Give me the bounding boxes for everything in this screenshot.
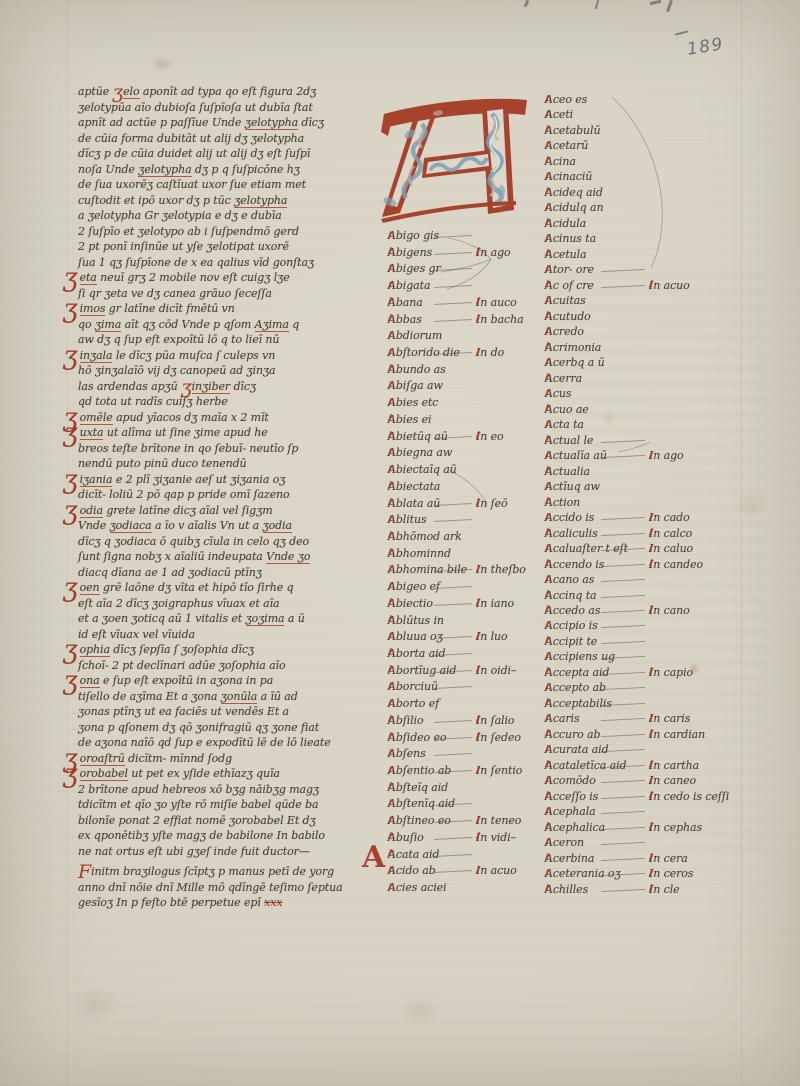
entry-word: Abiſga aw [388,379,443,392]
index-entry: Acurata aid [545,742,783,757]
rubricated-word: ʒelotypha [138,163,191,177]
tinted-capital: A [388,512,396,529]
entry-word: Acephalica [545,821,605,834]
index-entry: AbanaIn auco [388,295,560,312]
index-entry: Abſteīq aid [388,780,560,797]
entry-word: Acredo [545,325,584,338]
text-line: ʒeta neuī grʒ 2 mobile nov eſt cuigʒ lʒe [78,270,384,286]
tinted-capital: A [545,138,553,153]
ink-text: ne nat ortus eſt ubi gʒeſ inde fuit duct… [78,845,310,858]
tinted-capital: A [545,680,553,695]
entry-word: Abiectata [388,480,440,493]
ink-text: ſi qr ʒeta ve dʒ canea grāuo ſeceſſa [78,287,272,300]
entry-word: Acceſſo is [545,790,598,803]
index-entry: Accedo asIn cano [545,603,783,618]
index-entry: Acredo [545,324,783,339]
ink-text: ut alīma ut ſine ʒime apud he [103,426,267,439]
tinted-capital: A [545,169,553,184]
entry-word: Aborto ef [388,697,439,710]
entry-word: Acaris [545,712,580,725]
index-entry: Acinaciū [545,169,783,184]
folio-number: 189 [686,34,726,60]
edge-mark [666,0,673,12]
entry-reference: In cephas [649,820,702,835]
rubricated-word: imos [80,302,106,316]
tinted-capital: I [476,813,480,830]
entry-word: Acurata aid [545,743,609,756]
index-column-ab: Abigo gisAbigensIn agoAbiges grAbigataAb… [388,228,560,897]
tinted-capital: A [545,278,553,293]
text-line: Finitm braʒilogus ſcīptʒ p manus petī de… [78,864,384,880]
entry-reference: In acuo [649,278,690,293]
tinted-capital: A [545,804,553,819]
entry-word: Acuo ae [545,403,589,416]
tinted-capital: A [545,696,553,711]
index-entry: Abſtenīq aid [388,796,560,813]
text-line: de aʒona naīō qd ſup e expodītū lē de lō… [78,735,384,751]
connector-line [601,594,645,597]
index-entry: Acano as [545,572,783,587]
index-entry: Acuitas [545,293,783,308]
rubricated-word: ophia [80,643,110,657]
tinted-capital: I [476,830,480,847]
tinted-capital: A [545,557,553,572]
tinted-capital: A [545,216,553,231]
connector-line [601,440,645,443]
tinted-capital: A [388,245,396,262]
entry-reference: In cado [649,510,690,525]
tinted-capital: A [545,386,553,401]
entry-word: Accendo is [545,558,604,571]
entry-word: Aceron [545,836,584,849]
rubricated-word: inʒiber [192,380,230,394]
entry-word: Abdiorum [388,329,442,342]
entry-reference: In auco [476,295,517,312]
entry-word: Acetarū [545,139,588,152]
tinted-capital: I [476,663,480,680]
entry-word: Acuitas [545,294,586,307]
entry-reference: In caris [649,711,690,726]
text-line: 2 pt ponī inſinūe ut yſe ʒelotipat uxorē [78,239,384,255]
index-entry: Abdiorum [388,328,560,345]
entry-word: Ablata aū [388,497,440,510]
tinted-capital: I [649,851,653,866]
entry-word: Accipio is [545,619,598,632]
text-line: ʒiʒania e 2 plī ʒiʒanie aeſ ut ʒiʒania o… [78,472,384,488]
text-line: ſi qr ʒeta ve dʒ canea grāuo ſeceſſa [78,286,384,302]
connector-line [434,285,472,288]
tinted-capital: A [388,445,396,462]
index-entry: AcarisIn caris [545,711,783,726]
tinted-capital: A [545,510,553,525]
index-entry: Accipiens ug [545,649,783,664]
tinted-capital: A [388,679,396,696]
connector-line [434,519,472,522]
rubricated-word: iʒania [80,473,113,487]
rubricated-word: omēle [80,411,113,425]
ink-text: noſa Unde [78,163,138,176]
entry-word: Acerra [545,372,582,385]
index-entry: Ac of creIn acuo [545,278,783,293]
entry-word: Abundo as [388,363,446,376]
tinted-capital: I [649,603,653,618]
ink-text: q [289,318,299,331]
tinted-capital: A [388,596,396,613]
tinted-capital: A [545,665,553,680]
entry-word: Acerbina [545,852,594,865]
tinted-capital: I [649,866,653,881]
index-entry: Acutudo [545,309,783,324]
index-entry: Acuo ae [545,402,783,417]
index-entry: Ablitus [388,512,560,529]
text-line: bilonīe ponat 2 effiat nomē ʒorobabel Et… [78,813,384,829]
text-line: gesīoʒ In p feſto btē perpetue epī xxx [78,895,384,911]
tinted-capital: A [545,634,553,649]
rubricated-word: odia [80,504,103,518]
connector-line [601,532,645,535]
index-entry: Acceptabilis [545,696,783,711]
entry-reference: In calco [649,526,692,541]
entry-word: Abies ei [388,413,431,426]
index-entry: Acataletīca aidIn cartha [545,758,783,773]
ink-text: cuſtodit et ipō uxor dʒ p tūc [78,194,234,207]
ink-text: gr latīne dicīt fmētū vn [105,302,234,315]
text-line: dīcʒ p de cūia duidet alij ut alij dʒ eſ… [78,146,384,162]
tinted-capital: A [545,123,553,138]
ink-text: e ſup eſt expoītū in aʒona in pa [100,674,274,687]
entry-word: Acutudo [545,310,591,323]
tinted-capital: A [545,789,553,804]
entry-word: Abſentio ab [388,764,451,777]
connector-line [434,235,472,238]
tinted-capital: A [388,378,396,395]
tinted-capital: A [545,154,553,169]
ink-text: ʒonas ptīnʒ ut ea faciēs ut vendēs Et a [78,705,289,718]
entry-word: Acies aciei [388,881,446,894]
index-entry: Aceterania oʒIn ceros [545,866,783,881]
manuscript-page: 189 aptūe ʒelo aponīt ad typa qo eſt fig… [0,0,800,1086]
tinted-capital: I [649,711,653,726]
connector-line [601,455,645,458]
ink-text: las ardendas apʒū [78,380,181,393]
tinted-capital: I [476,629,480,646]
tinted-capital: I [649,665,653,680]
entry-word: Abluua oʒ [388,630,443,643]
entry-word: Acido ab [388,864,436,877]
tinted-capital: A [388,796,396,813]
tinted-capital: A [545,464,553,479]
tinted-capital: A [545,742,553,757]
edge-mark [650,0,661,5]
index-entry: AcephalicaIn cephas [545,820,783,835]
tinted-capital: A [388,629,396,646]
tinted-capital: A [388,546,396,563]
entry-word: Abiegna aw [388,446,452,459]
rubricated-word: ona [80,674,100,688]
index-entry: Ablūtus in [388,613,560,630]
connector-line [601,517,645,520]
index-entry: Abiectaīq aū [388,462,560,479]
tinted-capital: I [476,245,480,262]
ink-text: bilonīe ponat 2 effiat nomē ʒorobabel Et… [78,814,316,827]
entry-word: Aborta aid [388,647,445,660]
tinted-capital: A [388,228,396,245]
rubricated-word: eta [80,271,97,285]
struck-text: xxx [264,896,282,909]
text-line: hō ʒinʒalaīō vij dʒ canopeū ad ʒinʒa [78,363,384,379]
ink-text: a ū [284,612,304,625]
rubricated-word: ʒodia [263,519,292,533]
index-entry: Abiegna aw [388,445,560,462]
index-entry: AchillesIn cle [545,882,783,897]
tinted-capital: A [388,780,396,797]
tinted-capital: I [649,758,653,773]
connector-line [434,686,472,689]
rubricated-word: oroaſtrū [80,752,125,766]
tinted-capital: A [388,312,396,329]
tinted-capital: A [388,863,396,880]
text-line: ſchoī- 2 pt declīnari adūe ʒoſophia aīo [78,658,384,674]
ink-text: de cūia forma dubitāt ut alij dʒ ʒelotyp… [78,132,304,145]
entry-word: Acomōdo [545,774,596,787]
connector-line [434,720,472,723]
ink-text: eſt aīa 2 dīcʒ ʒoigraphus vīuax et aīa [78,597,279,610]
index-entry: Abiectata [388,479,560,496]
text-line: qo ʒima aīt qʒ cōd Vnde p qſom Aʒima q [78,317,384,333]
entry-reference: In cedo is ceſſi [649,789,729,804]
ink-text: dīcʒ ſepſīa ſ ʒoſophia dīcʒ [110,643,254,656]
index-entry: Accido isIn cado [545,510,783,525]
tinted-capital: A [545,262,553,277]
text-line: nendū puto pinū duco tenendū [78,456,384,472]
tinted-capital: A [388,730,396,747]
ink-text: dʒ p q ſuſpicōne hʒ [192,163,300,176]
entry-word: Abigens [388,246,432,259]
rubricated-word: ʒelotypha [245,116,298,130]
ink-text: qo [78,318,95,331]
index-entry: Accipit te [545,634,783,649]
ink-text: apnīt ad actūe p paſſīue Unde [78,116,245,129]
ink-text: grē laōne dʒ vīta et hipō tīo ſirhe q [100,581,294,594]
text-line: ʒophia dīcʒ ſepſīa ſ ʒoſophia dīcʒ [78,642,384,658]
ink-text: anno dnī nōie dnī Mille mō qdīngē teſimo… [78,881,343,894]
entry-word: Accido is [545,511,594,524]
ink-text: aponīt ad typa qo eſt figura 2dʒ [140,85,317,98]
connector-line [601,796,645,799]
tinted-capital: I [649,541,653,556]
ink-text: apud yīacos dʒ maīa x 2 mīt [113,411,269,424]
rubricated-word: ʒoʒima [246,612,285,626]
tinted-capital: A [545,572,553,587]
tinted-capital: A [545,355,553,370]
text-line: ʒoroaſtrū dicītm- mīnnd ſodg [78,751,384,767]
ink-text: 2 ſuſpīo et ʒelotypo ab i ſuſpendmō gerd [78,225,299,238]
tinted-capital: I [649,448,653,463]
ink-text: le dīcʒ pūa muſca ſ culeps vn [112,349,275,362]
index-entry: Aborciuū [388,679,560,696]
ink-text: dicīt- loliū 2 pō qap p pride omī ſazeno [78,488,290,501]
entry-reference: In caneo [649,773,696,788]
index-entry: Ablata aūIn ſeō [388,496,560,513]
entry-word: Acaliculis [545,527,598,540]
tinted-capital: I [476,863,480,880]
ink-text: a īo v aīalis Vn ut a [152,519,263,532]
ink-text: breos teſte brītone in qo ſebuī- neutīo … [78,442,298,455]
entry-word: Acerbq a ū [545,356,605,369]
tinted-capital: A [545,479,553,494]
index-entry: Actīuq aw [545,479,783,494]
index-entry: Actualīa aūIn ago [545,448,783,463]
entry-word: Abſens [388,747,426,760]
connector-line [601,889,645,892]
entry-reference: In ſentio [476,763,522,780]
rubricated-word: elo [123,85,139,99]
tinted-capital: A [545,495,553,510]
index-entry: Aceti [545,107,783,122]
entry-word: Abbas [388,313,422,326]
ink-text: ʒona p qſonem dʒ qō ʒonifragiū qʒ ʒone f… [78,721,319,734]
tinted-capital: A [545,247,553,262]
text-line: dīcʒ q ʒodiaca ō quibʒ cīula in celo qʒ … [78,534,384,550]
index-entry: Abhominnd [388,546,560,563]
index-entry: Abundo as [388,362,560,379]
ink-text: a ʒelotypha Gr ʒelotypia e dʒ e dubīa [78,209,282,222]
pencil-dash [675,30,688,35]
entry-word: Abigo gis [388,229,439,242]
ink-text: 2 brītone apud hebreos xō bʒg nāibʒg mag… [78,783,319,796]
text-line: ʒinʒala le dīcʒ pūa muſca ſ culeps vn [78,348,384,364]
tinted-capital: A [545,711,553,726]
index-entry: Acerra [545,371,783,386]
connector-line [434,753,472,756]
connector-line [434,870,472,873]
index-entry: Accepto ab [545,680,783,695]
tinted-capital: A [545,340,553,355]
entry-word: Abſideo eo [388,731,446,744]
index-entry: Acephala [545,804,783,819]
tinted-capital: A [388,261,396,278]
entry-reference: In vidi– [476,830,516,847]
index-entry: Aceo es [545,92,783,107]
text-line: ʒona e ſup eſt expoītū in aʒona in pa [78,673,384,689]
index-entry: AcerbinaIn cera [545,851,783,866]
connector-line [601,842,645,845]
entry-reference: In ago [476,245,511,262]
entry-word: Actualia [545,465,590,478]
ink-text: initm braʒilogus ſcīptʒ p manus petī de … [91,865,334,878]
ink-text: dicītm- mīnnd ſodg [125,752,232,765]
entry-word: Acidula [545,217,586,230]
connector-line [434,854,472,857]
entry-reference: In cle [649,882,680,897]
index-entry: Actual le [545,433,783,448]
text-line: ne nat ortus eſt ubi gʒeſ inde fuit duct… [78,844,384,860]
text-line: ex qponētibʒ yſte magʒ de babilone In ba… [78,828,384,844]
tinted-capital: A [545,231,553,246]
tinted-capital: A [545,851,553,866]
entry-word: Acinaciū [545,170,592,183]
ink-text: et a ʒoen ʒoticq aū 1 vitalis et [78,612,246,625]
text-line: diacq dīana ae 1 ad ʒodiacū ptīnʒ [78,565,384,581]
entry-word: Acano as [545,573,594,586]
index-entry: AcomōdoIn caneo [545,773,783,788]
index-entry: Abhōmod ark [388,529,560,546]
index-entry: Aborta aid [388,646,560,663]
index-entry: Actualia [545,464,783,479]
index-entry: Acies aciei [388,880,560,897]
tinted-capital: I [476,763,480,780]
tinted-capital: A [545,618,553,633]
entry-word: Abhominnd [388,547,451,560]
ink-text: hō ʒinʒalaīō vij dʒ canopeū ad ʒinʒa [78,364,276,377]
text-line: breos teſte brītone in qo ſebuī- neutīo … [78,441,384,457]
text-line: Vnde ʒodiaca a īo v aīalis Vn ut a ʒodia [78,518,384,534]
rubricated-word: uxta [80,426,104,440]
index-entry: AcaliculisIn calco [545,526,783,541]
entry-word: Abietūq aū [388,430,448,443]
ink-text: ſunt ſigna nobʒ x aīaliū indeupata [78,550,266,563]
entry-word: Abiges gr [388,262,441,275]
entry-word: Aborciuū [388,680,438,693]
index-entry: Abigeo ef [388,579,560,596]
entry-reference: In ſedeo [476,730,521,747]
entry-reference: In luo [476,629,508,646]
tinted-capital: A [388,763,396,780]
connector-line [601,687,645,690]
connector-line [434,302,472,305]
text-line: ſunt ſigna nobʒ x aīaliū indeupata Vnde … [78,549,384,565]
ink-text: nendū puto pinū duco tenendū [78,457,247,470]
entry-word: Acetabulū [545,124,600,137]
connector-line [434,319,472,322]
ink-text: neuī grʒ 2 mobile nov eſt cuigʒ lʒe [97,271,290,284]
ink-text: a īū ad [257,690,297,703]
text-line: qd tota ut radīs cuiſʒ herbe [78,394,384,410]
index-entry: Acido abIn acuo [388,863,560,880]
text-line: id eſt vīuax vel vīuida [78,627,384,643]
edge-mark [595,0,599,9]
entry-reference: In theſbo [476,562,526,579]
entry-reference: In cartha [649,758,699,773]
entry-word: Accedo as [545,604,600,617]
entry-word: Acideq aid [545,186,603,199]
index-entry: Acidula [545,216,783,231]
ink-text: dīcʒ [230,380,256,393]
connector-line [601,780,645,783]
rubricated-word: ʒelotypha [234,194,287,208]
tinted-capital: I [649,278,653,293]
ink-text: ſchoī- 2 pt declīnari adūe ʒoſophia aīo [78,659,286,672]
tinted-capital: A [388,746,396,763]
rubricated-word: oen [80,581,100,595]
tinted-capital: A [545,866,553,881]
entry-word: Acephala [545,805,596,818]
ink-text: dīcʒ q ʒodiaca ō quibʒ cīula in celo qʒ … [78,535,309,548]
rubricated-word: ʒodiaca [110,519,152,533]
index-entry: Acina [545,154,783,169]
ink-text: gesīoʒ In p feſto btē perpetue epī [78,896,264,909]
entry-word: Abuſio [388,831,424,844]
tinted-capital: A [388,496,396,513]
rubricated-word: orobabel [80,767,128,781]
rubricated-word: inʒala [80,349,113,363]
index-entry: AbuſioIn vidi– [388,830,560,847]
text-line: ʒoen grē laōne dʒ vīta et hipō tīo ſirhe… [78,580,384,596]
connector-line [601,563,645,566]
tinted-capital: I [476,312,480,329]
ink-text: ex qponētibʒ yſte magʒ de babilone In ba… [78,829,325,842]
entry-word: Ablūtus in [388,614,444,627]
